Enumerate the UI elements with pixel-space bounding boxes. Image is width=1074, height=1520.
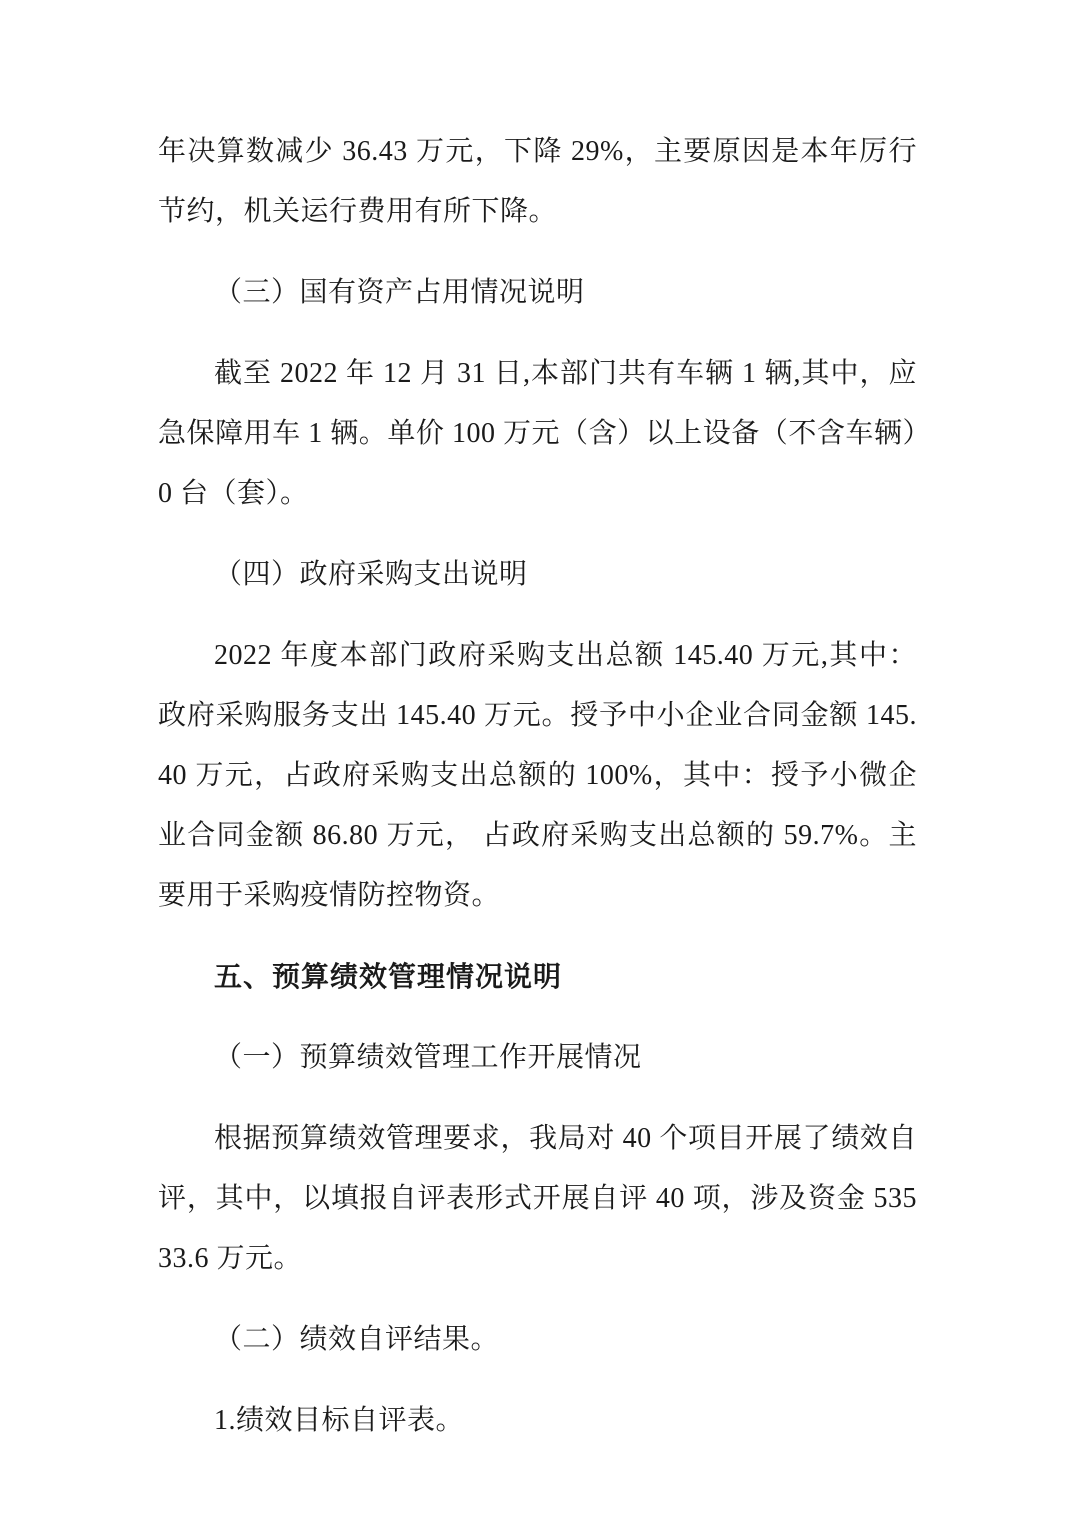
para-self-eval-table: 1.绩效目标自评表。 [158,1391,917,1451]
heading-gov-procurement: （四）政府采购支出说明 [158,545,917,605]
document-body: 年决算数减少 36.43 万元，下降 29%，主要原因是本年厉行节约，机关运行费… [158,122,917,1451]
heading-budget-performance: 五、预算绩效管理情况说明 [158,947,917,1007]
para-state-owned-assets: 截至 2022 年 12 月 31 日,本部门共有车辆 1 辆,其中，应急保障用… [158,344,917,524]
document-page: 年决算数减少 36.43 万元，下降 29%，主要原因是本年厉行节约，机关运行费… [0,0,1074,1520]
para-operating-cost-note: 年决算数减少 36.43 万元，下降 29%，主要原因是本年厉行节约，机关运行费… [158,122,917,242]
heading-state-owned-assets: （三）国有资产占用情况说明 [158,263,917,323]
heading-self-eval-results: （二）绩效自评结果。 [158,1310,917,1370]
heading-performance-work: （一）预算绩效管理工作开展情况 [158,1028,917,1088]
para-performance-self-eval: 根据预算绩效管理要求，我局对 40 个项目开展了绩效自评，其中，以填报自评表形式… [158,1109,917,1289]
para-gov-procurement: 2022 年度本部门政府采购支出总额 145.40 万元,其中：政府采购服务支出… [158,626,917,926]
